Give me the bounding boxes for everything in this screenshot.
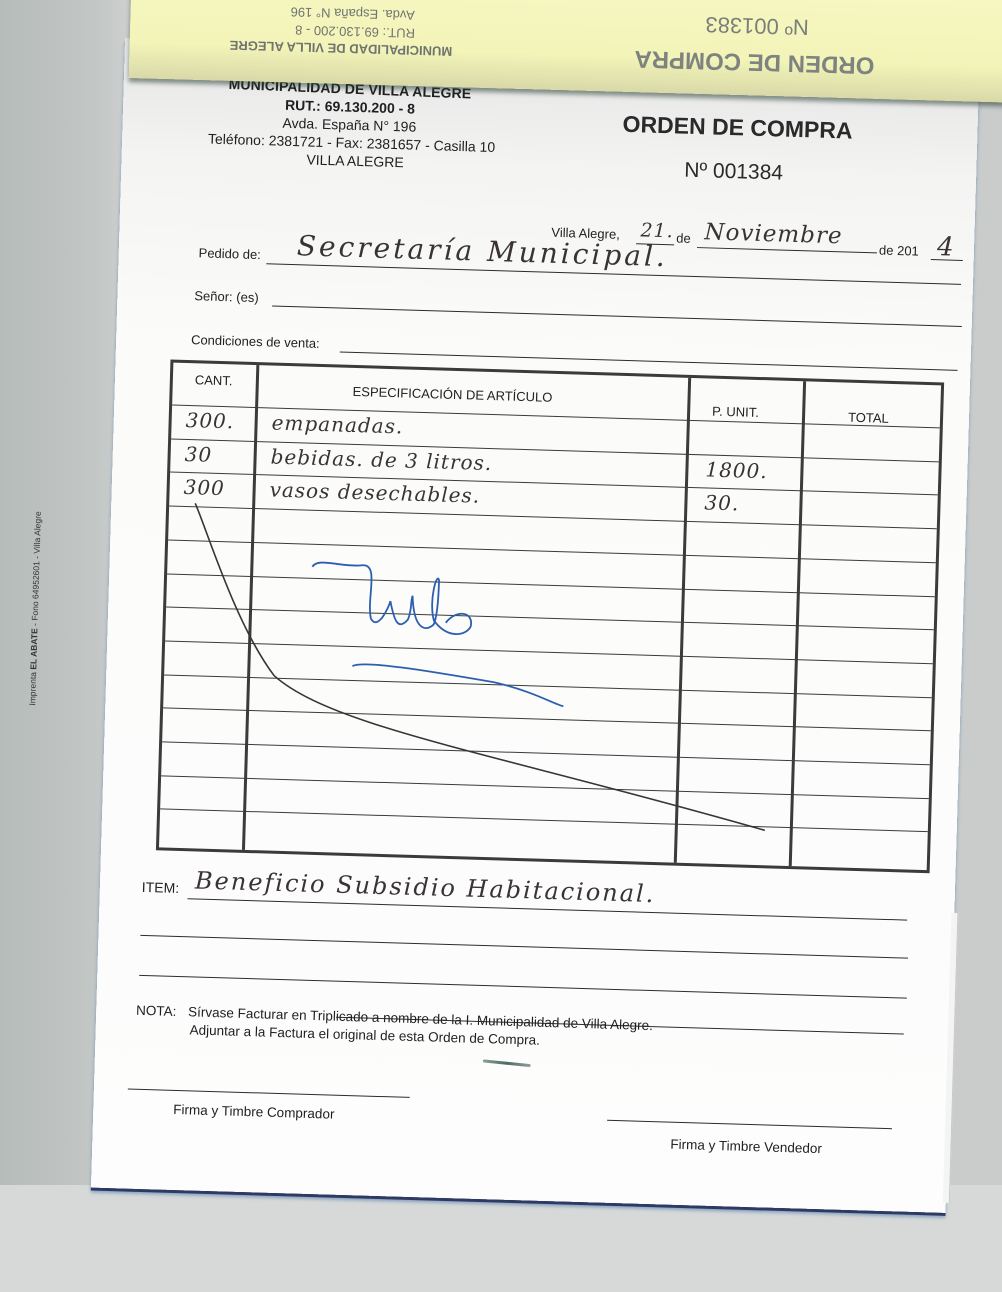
senor-label: Señor: (es) bbox=[194, 288, 259, 305]
item-value[interactable]: Beneficio Subsidio Habitacional. bbox=[195, 866, 656, 908]
staple-icon bbox=[483, 1059, 531, 1067]
date-month-line bbox=[697, 247, 877, 253]
item-line-2[interactable] bbox=[140, 935, 908, 959]
yellow-copy-address: Avda. España N° 196 bbox=[290, 4, 415, 22]
buyer-signature-label: Firma y Timbre Comprador bbox=[173, 1102, 335, 1122]
purchase-order-form: MUNICIPALIDAD DE VILLA ALEGRE RUT.: 69.1… bbox=[91, 38, 980, 1213]
signature-strike bbox=[159, 363, 941, 871]
senor-line[interactable] bbox=[272, 305, 962, 326]
date-year-value[interactable]: 4 bbox=[937, 232, 955, 263]
nota-label: NOTA: bbox=[136, 1003, 177, 1019]
yellow-copy-title: ORDEN DE COMPRA bbox=[634, 44, 875, 79]
date-month-value[interactable]: Noviembre bbox=[704, 219, 843, 249]
yellow-copy-municipality: MUNICIPALIDAD DE VILLA ALEGRE bbox=[229, 38, 452, 59]
item-label: ITEM: bbox=[142, 879, 180, 896]
strike-line-icon bbox=[186, 503, 774, 830]
yellow-copy-order-number: Nº 001383 bbox=[705, 11, 809, 40]
seller-signature-line[interactable] bbox=[607, 1120, 892, 1129]
municipality-address: Avda. España N° 196 bbox=[282, 115, 416, 135]
seller-signature-label: Firma y Timbre Vendedor bbox=[670, 1137, 822, 1156]
document-title: ORDEN DE COMPRA bbox=[622, 111, 853, 145]
condiciones-label: Condiciones de venta: bbox=[191, 332, 320, 351]
municipality-contact: Teléfono: 2381721 - Fax: 2381657 - Casil… bbox=[208, 131, 496, 156]
items-table: CANT. ESPECIFICACIÓN DE ARTÍCULO P. UNIT… bbox=[156, 359, 944, 873]
signature-scribble-icon bbox=[311, 562, 473, 634]
date-year-label: de 201 bbox=[879, 242, 919, 258]
sheet-edge bbox=[943, 913, 959, 1203]
municipality-city: VILLA ALEGRE bbox=[306, 151, 404, 170]
order-number: Nº 001384 bbox=[684, 159, 783, 186]
date-de-label: de bbox=[676, 230, 691, 245]
pedido-label: Pedido de: bbox=[198, 245, 261, 262]
yellow-copy-rut: RUT.: 69.130.200 - 8 bbox=[295, 23, 415, 41]
municipality-rut: RUT.: 69.130.200 - 8 bbox=[285, 97, 415, 117]
signature-underline-icon bbox=[351, 664, 564, 706]
buyer-signature-line[interactable] bbox=[128, 1089, 410, 1098]
item-line-3[interactable] bbox=[139, 975, 907, 999]
